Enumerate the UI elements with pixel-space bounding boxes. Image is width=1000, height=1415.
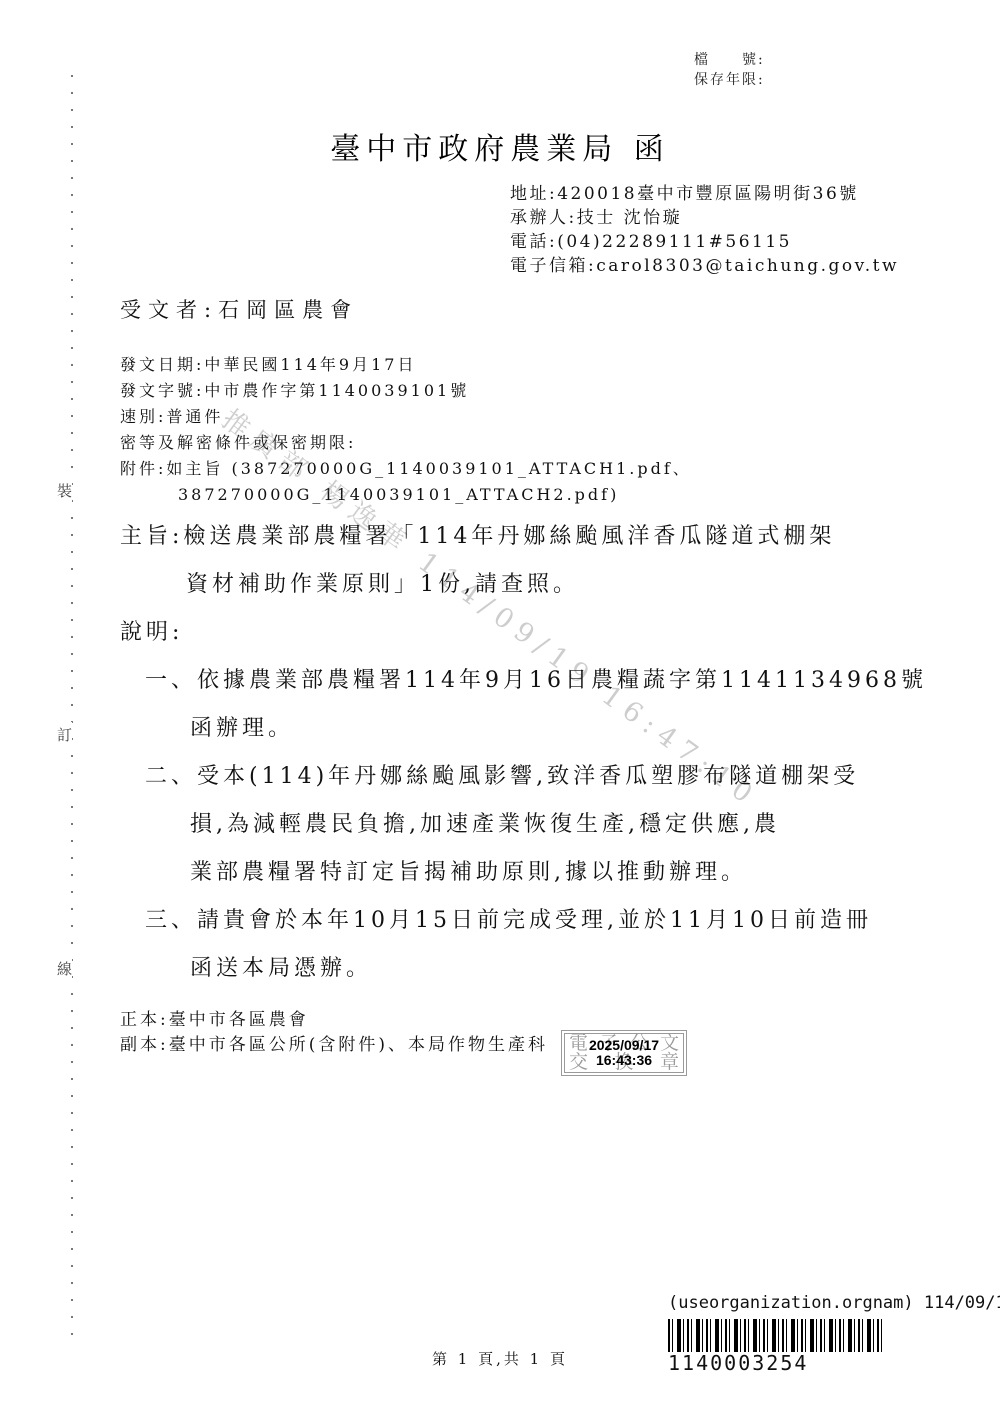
subject-line-2: 資材補助作業原則」1份,請查照。 [186, 561, 920, 609]
stamp-datetime: 2025/09/17 16:43:36 [565, 1038, 683, 1068]
sender-phone: 電話:(04)22289111#56115 [510, 230, 899, 254]
cc-copy-line: 副本:臺中市各區公所(含附件)、本局作物生產科 [120, 1033, 548, 1058]
speed-class: 速別:普通件 [120, 404, 692, 430]
item-3-line-2: 函送本局憑辦。 [190, 945, 920, 993]
document-title: 臺中市政府農業局 函 [0, 124, 1000, 168]
item-3-line-1: 三、請貴會於本年10月15日前完成受理,並於11月10日前造冊 [145, 897, 920, 945]
sender-info-block: 地址:420018臺中市豐原區陽明街36號 承辦人:技士 沈怡璇 電話:(04)… [510, 182, 899, 278]
sender-address: 地址:420018臺中市豐原區陽明街36號 [510, 182, 899, 206]
binding-mark-ding: 訂 [57, 722, 72, 747]
sender-email: 電子信箱:carol8303@taichung.gov.tw [510, 254, 899, 278]
file-number-label: 檔 號: [694, 50, 765, 70]
attachment-line-2: 387270000G_1140039101_ATTACH2.pdf) [178, 482, 692, 508]
subject-line-1: 主旨:檢送農業部農糧署「114年丹娜絲颱風洋香瓜隧道式棚架 [120, 513, 920, 561]
issue-number: 發文字號:中市農作字第1140039101號 [120, 378, 692, 404]
item-2-line-2: 損,為減輕農民負擔,加速產業恢復生產,穩定供應,農 [190, 801, 920, 849]
electronic-exchange-stamp: 電子公文 交換章 2025/09/17 16:43:36 [561, 1030, 687, 1076]
stamp-time: 16:43:36 [565, 1053, 683, 1068]
copies-block: 正本:臺中市各區農會 副本:臺中市各區公所(含附件)、本局作物生產科 [120, 1008, 548, 1058]
recipient-line: 受文者:石岡區農會 [120, 294, 358, 324]
original-copy-line: 正本:臺中市各區農會 [120, 1008, 548, 1033]
letter-body: 主旨:檢送農業部農糧署「114年丹娜絲颱風洋香瓜隧道式棚架 資材補助作業原則」1… [120, 513, 920, 993]
archive-label-block: 檔 號: 保存年限: [694, 50, 765, 90]
organization-footnote: (useorganization.orgnam) 114/09/1 [668, 1293, 1000, 1313]
item-2-line-3: 業部農糧署特訂定旨揭補助原則,據以推動辦理。 [190, 849, 920, 897]
binding-mark-xian: 線 [57, 956, 72, 981]
item-2-line-1: 二、受本(114)年丹娜絲颱風影響,致洋香瓜塑膠布隧道棚架受 [145, 753, 920, 801]
official-letter-page: 推廣部 楊逸華 114/09/19 16:47:10 裝 訂 線 檔 號: 保存… [0, 0, 1000, 1415]
binding-dotted-line [71, 75, 73, 1347]
stamp-date: 2025/09/17 [565, 1038, 683, 1053]
issue-date: 發文日期:中華民國114年9月17日 [120, 352, 692, 378]
sender-officer: 承辦人:技士 沈怡璇 [510, 206, 899, 230]
attachment-line-1: 附件:如主旨 (387270000G_1140039101_ATTACH1.pd… [120, 456, 692, 482]
explanation-label: 說明: [120, 609, 920, 657]
item-1-line-1: 一、依據農業部農糧署114年9月16日農糧蔬字第1141134968號 [145, 657, 920, 705]
document-meta-block: 發文日期:中華民國114年9月17日 發文字號:中市農作字第1140039101… [120, 352, 692, 508]
binding-mark-zhuang: 裝 [57, 478, 72, 503]
security-class: 密等及解密條件或保密期限: [120, 430, 692, 456]
retention-period-label: 保存年限: [694, 70, 765, 90]
item-1-line-2: 函辦理。 [190, 705, 920, 753]
page-number-footer: 第 1 頁,共 1 頁 [0, 1348, 1000, 1369]
